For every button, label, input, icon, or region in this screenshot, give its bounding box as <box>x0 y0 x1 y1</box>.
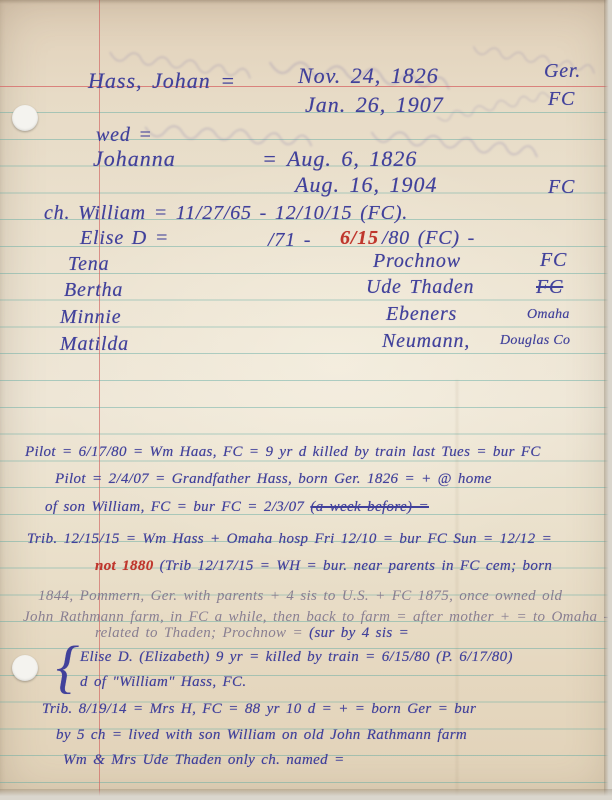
note-correction: not 1880 (Trib 12/17/15 = WH = bur. near… <box>95 558 552 575</box>
note-pilot-1907b: of son William, FC = bur FC = 2/3/07 (a … <box>45 499 429 516</box>
daughter-married-name: Neumann, <box>382 330 470 353</box>
daughter-married-name: Ebeners <box>386 303 457 326</box>
daughter-name: Minnie <box>60 306 121 329</box>
wife-name: Johanna <box>93 146 176 172</box>
husband-name: Hass, Johan = <box>88 68 236 94</box>
note-trib-1914a: Trib. 8/19/14 = Mrs H, FC = 88 yr 10 d =… <box>42 701 476 718</box>
wed-label: wed = <box>96 124 153 147</box>
daughter-married-name: Prochnow <box>373 250 461 273</box>
pencil-note-related: related to Thaden; Prochnow = (sur by 4 … <box>95 625 409 642</box>
note-trib-1915: Trib. 12/15/15 = Wm Hass + Omaha hosp Fr… <box>27 531 552 548</box>
note-trib-1914b: by 5 ch = lived with son William on old … <box>56 727 467 744</box>
note-pilot-1880: Pilot = 6/17/80 = Wm Haas, FC = 9 yr d k… <box>25 444 541 461</box>
elise-label: Elise D = <box>80 227 169 250</box>
elise-death: /80 (FC) - <box>382 227 475 250</box>
elise-red-date: 6/15 <box>340 227 379 250</box>
husband-death-date: Jan. 26, 1907 <box>305 92 444 118</box>
note-elise-1: Elise D. (Elizabeth) 9 yr = killed by tr… <box>80 649 513 666</box>
husband-origin: Ger. <box>544 60 581 83</box>
struck-text: (a week before) = <box>310 499 429 515</box>
note-pilot-1907a: Pilot = 2/4/07 = Grandfather Hass, born … <box>55 471 492 488</box>
husband-birth-date: Nov. 24, 1826 <box>298 63 439 89</box>
ink-bleed-through <box>431 82 553 130</box>
scan-edge-bottom <box>0 789 612 800</box>
child-william-line: ch. William = 11/27/65 - 12/10/15 (FC). <box>44 202 408 225</box>
elise-birth: /71 - <box>268 229 311 252</box>
note-text: (Trib 12/17/15 = WH = bur. near parents … <box>160 558 553 574</box>
wife-cemetery: FC <box>548 176 575 199</box>
note-trib-1914c: Wm & Mrs Ude Thaden only ch. named = <box>63 752 345 769</box>
pencil-note-rathmann: John Rathmann farm, in FC a while, then … <box>23 609 609 626</box>
daughter-married-name: Ude Thaden <box>366 276 474 299</box>
wife-death-date: Aug. 16, 1904 <box>295 172 437 198</box>
punch-hole-bottom <box>12 655 38 681</box>
daughter-place-struck: FC <box>536 276 563 299</box>
daughter-place: FC <box>540 249 567 272</box>
daughter-name: Matilda <box>60 333 129 356</box>
note-elise-2: d of "William" Hass, FC. <box>80 674 247 691</box>
scan-edge-top <box>0 0 612 4</box>
scan-edge-right <box>604 0 612 800</box>
wife-birth-date: = Aug. 6, 1826 <box>262 146 417 172</box>
daughter-place: Douglas Co <box>500 333 570 349</box>
pencil-text: related to Thaden; Prochnow = <box>95 625 303 641</box>
scanned-notebook-page: Hass, Johan = Nov. 24, 1826 Ger. Jan. 26… <box>0 0 612 800</box>
red-correction: not 1880 <box>95 558 154 574</box>
husband-cemetery: FC <box>548 88 575 111</box>
daughter-place: Omaha <box>527 307 570 323</box>
note-text: (sur by 4 sis = <box>309 625 409 641</box>
note-text: of son William, FC = bur FC = 2/3/07 <box>45 499 310 515</box>
punch-hole-top <box>12 105 38 131</box>
daughter-name: Tena <box>68 253 109 276</box>
daughter-name: Bertha <box>64 279 123 302</box>
curly-brace: { <box>56 638 79 696</box>
pencil-note-1844: 1844, Pommern, Ger. with parents + 4 sis… <box>38 588 562 605</box>
